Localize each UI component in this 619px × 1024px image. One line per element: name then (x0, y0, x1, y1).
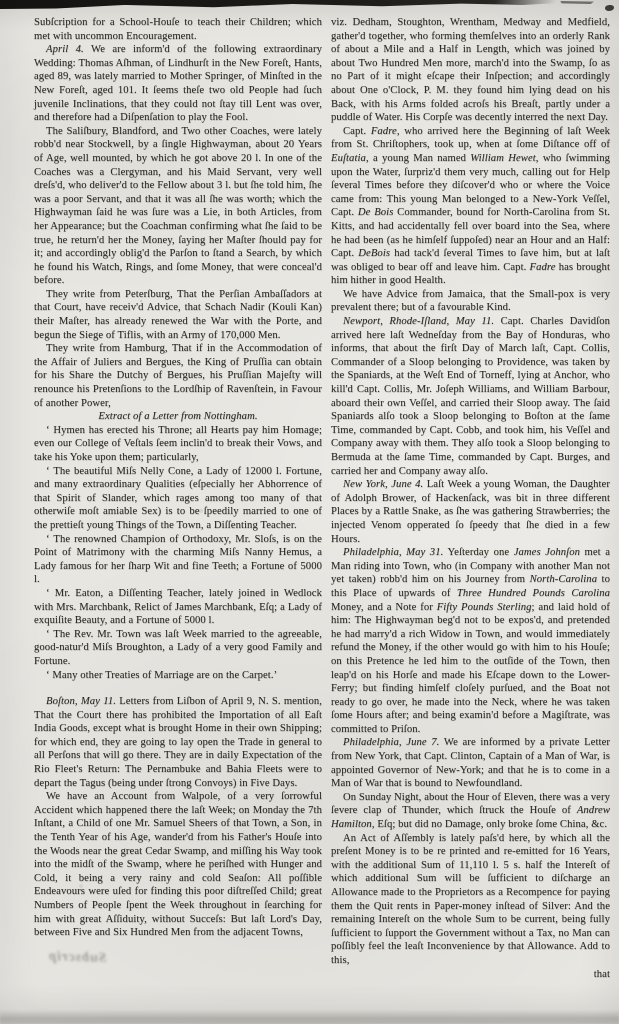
paragraph: We have Advice from Jamaica, that the Sm… (331, 288, 610, 315)
dateline: Newport, Rhode-Iſland, May 11. (343, 316, 494, 327)
dateline: Boſton, May 11. (46, 696, 116, 707)
torn-edge-streak (560, 1, 594, 4)
paragraph: ‘ The beautiful Miſs Nelly Cone, a Lady … (34, 465, 322, 533)
catchword: that (331, 968, 610, 982)
dateline: Philadelphia, June 7. (343, 737, 439, 748)
paragraph: Philadelphia, June 7. We are informed by… (331, 736, 610, 790)
paragraph: Boſton, May 11. Letters from Liſbon of A… (34, 695, 322, 790)
dateline: April 4. (46, 44, 84, 55)
paragraph: ‘ Hymen has erected his Throne; all Hear… (34, 424, 322, 465)
dateline: Philadelphia, May 31. (343, 547, 443, 558)
paragraph: The Saliſbury, Blandford, and Two other … (34, 125, 322, 288)
bottom-shadow-band (0, 1010, 619, 1024)
paragraph: We have an Account from Walpole, of a ve… (34, 790, 322, 940)
paragraph: An Act of Aſſembly is lately paſs'd here… (331, 832, 610, 968)
dateline: New York, June 4. (343, 479, 423, 490)
newspaper-column-left: Subſcription for a School-Houſe to teach… (34, 16, 322, 940)
corner-ink-speck (605, 5, 614, 11)
paragraph: On Sunday Night, about the Hour of Eleve… (331, 791, 610, 832)
paragraph: ‘ The renowned Champion of Orthodoxy, Mr… (34, 533, 322, 587)
paragraph: Subſcription for a School-Houſe to teach… (34, 16, 322, 43)
paragraph: April 4. We are inform'd of the followin… (34, 43, 322, 125)
newspaper-column-right: viz. Dedham, Stoughton, Wrentham, Medway… (331, 16, 610, 981)
paragraph: Newport, Rhode-Iſland, May 11. Capt. Cha… (331, 315, 610, 478)
paragraph: ‘ The Rev. Mr. Town was laſt Week marrie… (34, 628, 322, 669)
torn-edge-top (0, 0, 562, 9)
paragraph: Philadelphia, May 31. Yeſterday one Jame… (331, 546, 610, 736)
paragraph: ‘ Mr. Eaton, a Diſſenting Teacher, latel… (34, 587, 322, 628)
ink-bleedthrough-smudge: Subscrip (48, 949, 107, 967)
paragraph: They write from Peterſburg, That the Per… (34, 288, 322, 342)
letter-heading: Extract of a Letter from Nottingham. (34, 410, 322, 424)
paragraph: Capt. Fadre, who arrived here the Beginn… (331, 125, 610, 288)
paragraph: They write from Hamburg, That if in the … (34, 342, 322, 410)
paragraph: ‘ Many other Treaties of Marriage are on… (34, 669, 322, 683)
paragraph: New York, June 4. Laſt Week a young Woma… (331, 478, 610, 546)
newspaper-page: Subſcription for a School-Houſe to teach… (0, 0, 619, 1024)
paragraph: viz. Dedham, Stoughton, Wrentham, Medway… (331, 16, 610, 125)
